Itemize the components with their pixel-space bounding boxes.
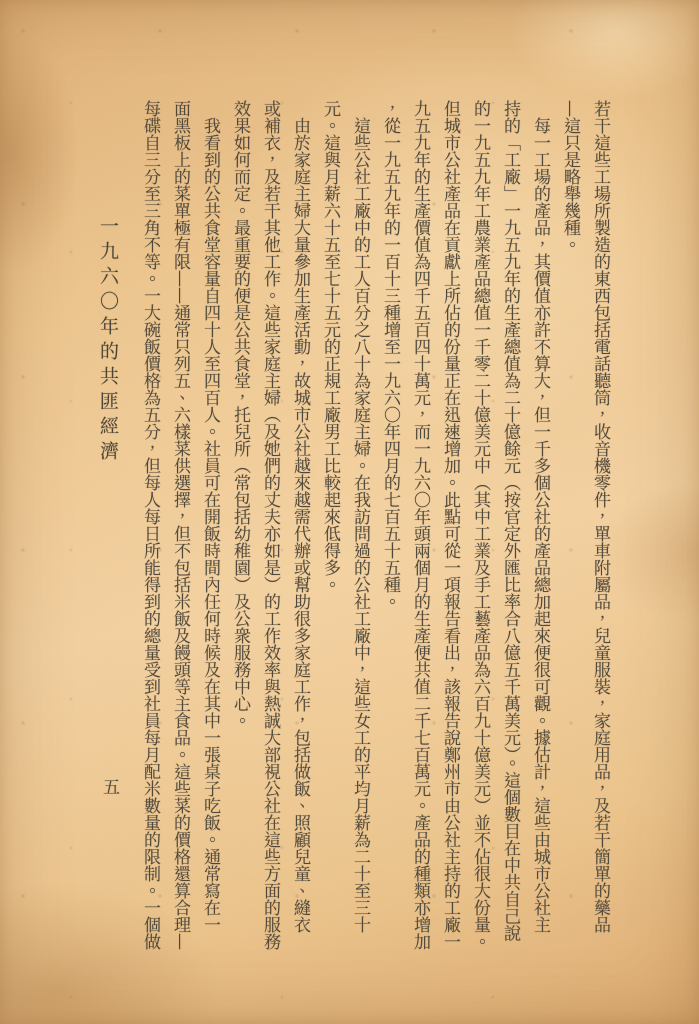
text-column: 效果如何而定。最重要的便是公共食堂，托兒所（常包括幼稚園）及公衆服務中心。 (225, 100, 255, 956)
text-column: 的一九五九年工農業產品總值一千零二十億美元中（其中工業及手工藝產品為六百九十億美… (465, 100, 495, 956)
text-column: 我看到的公共食堂容量自四十人至四百人。社員可在開飯時間內任何時候及在其中一張桌子… (195, 100, 225, 973)
text-column: 每一工場的產品，其價值亦許不算大，但一千多個公社的產品總加起來便很可觀。據估計，… (525, 100, 555, 973)
page-number: 五 (103, 773, 120, 798)
text-column: 每碟自三分至三角不等。一大碗飯價格為五分，但每人每日所能得到的總量受到社員每月配… (135, 100, 165, 956)
text-column: 但城市公社產品在貢獻上所佔的份量正在迅速增加。此點可從一項報告看出，該報告說鄭州… (435, 100, 465, 956)
text-column: 若干這些工場所製造的東西包括電話聽筒，收音機零件，單車附屬品，兒童服裝，家庭用品… (585, 100, 615, 956)
text-column: 或補衣，及若干其他工作。這些家庭主婦（及她們的丈夫亦如是）的工作效率與熱誠大部視… (255, 100, 285, 956)
scanned-page: 若干這些工場所製造的東西包括電話聽筒，收音機零件，單車附屬品，兒童服裝，家庭用品… (0, 0, 699, 1024)
text-column: 持的「工廠」一九五九年的生產總值為二十億餘元（按官定外匯比率合八億五千萬美元）。… (495, 100, 525, 956)
text-column: —這只是略舉幾種。 (555, 100, 585, 956)
text-column: 元。這與月薪六十五至七十五元的正規工廠男工比較起來低得多。 (315, 100, 345, 956)
text-body: 若干這些工場所製造的東西包括電話聽筒，收音機零件，單車附屬品，兒童服裝，家庭用品… (135, 100, 615, 956)
text-column: 這些公社工廠中的工人百分之八十為家庭主婦。在我訪問過的公社工廠中，這些女工的平均… (345, 100, 375, 973)
text-column: ，從一九五九年的一百十三種增至一九六〇年四月的七百五十五種。 (375, 100, 405, 956)
text-column: 九五九年的生產價值為四千五百四十萬元，而一九六〇年頭兩個月的生產便共值二千七百萬… (405, 100, 435, 956)
text-column: 由於家庭主婦大量參加生產活動，故城市公社越來越需代辦或幫助很多家庭工作，包括做飯… (285, 100, 315, 973)
running-title: 一九六〇年的共匪經濟 (95, 216, 122, 466)
text-column: 面黑板上的菜單極有限——通常只列五、六樣菜供選擇，但不包括米飯及饅頭等主食品。這… (165, 100, 195, 956)
